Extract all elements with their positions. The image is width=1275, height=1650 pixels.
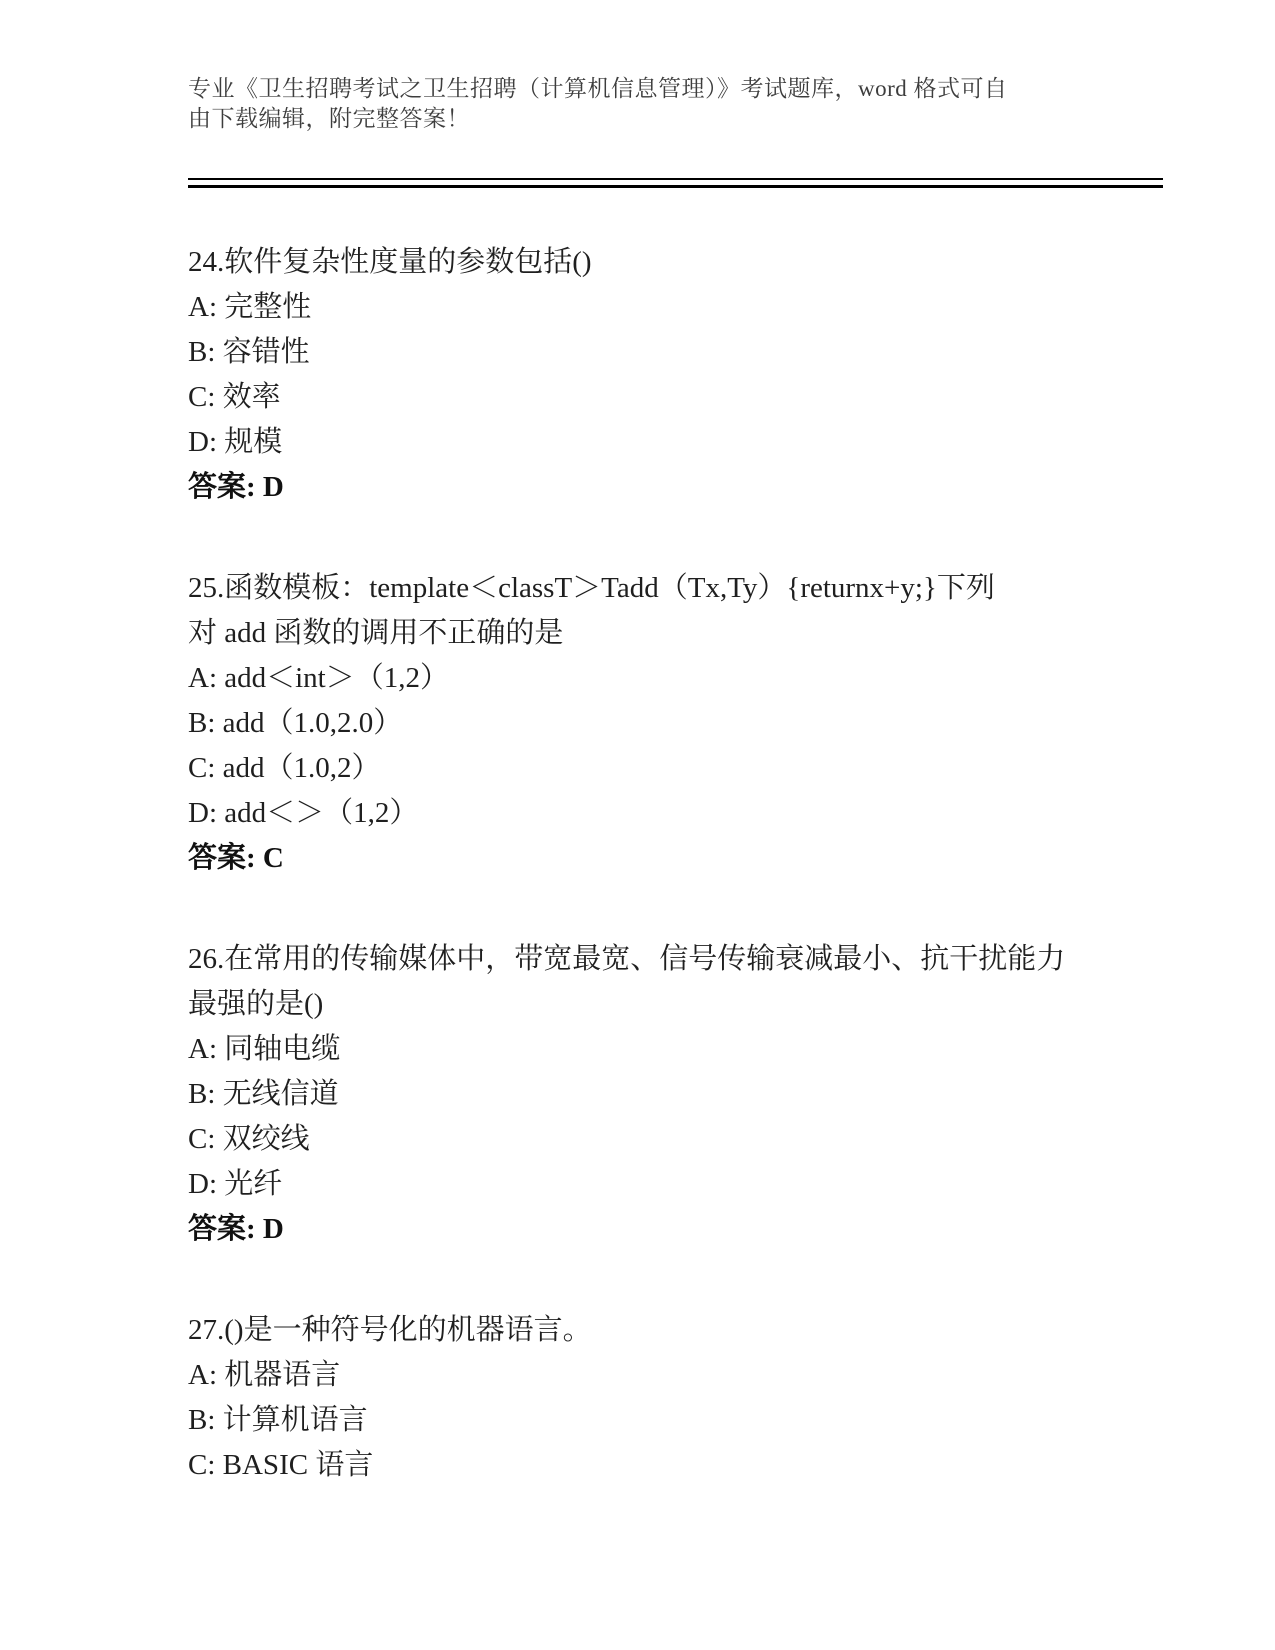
- question-25-title-line-2: 对 add 函数的调用不正确的是: [188, 611, 1148, 656]
- header-divider-rule: [188, 178, 1163, 188]
- question-26: 26.在常用的传输媒体中，带宽最宽、信号传输衰减最小、抗干扰能力 最强的是() …: [188, 937, 1148, 1252]
- question-25-option-d: D: add＜＞（1,2）: [188, 791, 1148, 836]
- question-24-option-b: B: 容错性: [188, 330, 1148, 375]
- page-header: 专业《卫生招聘考试之卫生招聘（计算机信息管理）》考试题库，word 格式可自 由…: [188, 74, 1108, 134]
- question-27-option-a: A: 机器语言: [188, 1353, 1148, 1398]
- header-line-2: 由下载编辑，附完整答案！: [188, 104, 1108, 134]
- question-24: 24.软件复杂性度量的参数包括() A: 完整性 B: 容错性 C: 效率 D:…: [188, 240, 1148, 510]
- question-26-answer: 答案: D: [188, 1207, 1148, 1252]
- header-line-1: 专业《卫生招聘考试之卫生招聘（计算机信息管理）》考试题库，word 格式可自: [188, 74, 1108, 104]
- question-27-option-b: B: 计算机语言: [188, 1398, 1148, 1443]
- question-26-option-b: B: 无线信道: [188, 1072, 1148, 1117]
- document-page: 专业《卫生招聘考试之卫生招聘（计算机信息管理）》考试题库，word 格式可自 由…: [0, 0, 1275, 1650]
- question-25: 25.函数模板：template＜classT＞Tadd（Tx,Ty）{retu…: [188, 566, 1148, 881]
- document-body: 24.软件复杂性度量的参数包括() A: 完整性 B: 容错性 C: 效率 D:…: [188, 240, 1148, 1488]
- question-26-option-c: C: 双绞线: [188, 1117, 1148, 1162]
- question-25-option-a: A: add＜int＞（1,2）: [188, 656, 1148, 701]
- question-25-answer: 答案: C: [188, 836, 1148, 881]
- question-25-title-line-1: 25.函数模板：template＜classT＞Tadd（Tx,Ty）{retu…: [188, 566, 1148, 611]
- question-24-answer: 答案: D: [188, 465, 1148, 510]
- question-24-option-a: A: 完整性: [188, 285, 1148, 330]
- question-26-option-d: D: 光纤: [188, 1162, 1148, 1207]
- question-25-option-b: B: add（1.0,2.0）: [188, 701, 1148, 746]
- question-27: 27.()是一种符号化的机器语言。 A: 机器语言 B: 计算机语言 C: BA…: [188, 1308, 1148, 1488]
- question-24-option-d: D: 规模: [188, 420, 1148, 465]
- question-26-option-a: A: 同轴电缆: [188, 1027, 1148, 1072]
- question-27-option-c: C: BASIC 语言: [188, 1443, 1148, 1488]
- question-27-title: 27.()是一种符号化的机器语言。: [188, 1308, 1148, 1353]
- question-24-option-c: C: 效率: [188, 375, 1148, 420]
- question-26-title-line-2: 最强的是(): [188, 982, 1148, 1027]
- question-24-title: 24.软件复杂性度量的参数包括(): [188, 240, 1148, 285]
- question-25-option-c: C: add（1.0,2）: [188, 746, 1148, 791]
- question-26-title-line-1: 26.在常用的传输媒体中，带宽最宽、信号传输衰减最小、抗干扰能力: [188, 937, 1148, 982]
